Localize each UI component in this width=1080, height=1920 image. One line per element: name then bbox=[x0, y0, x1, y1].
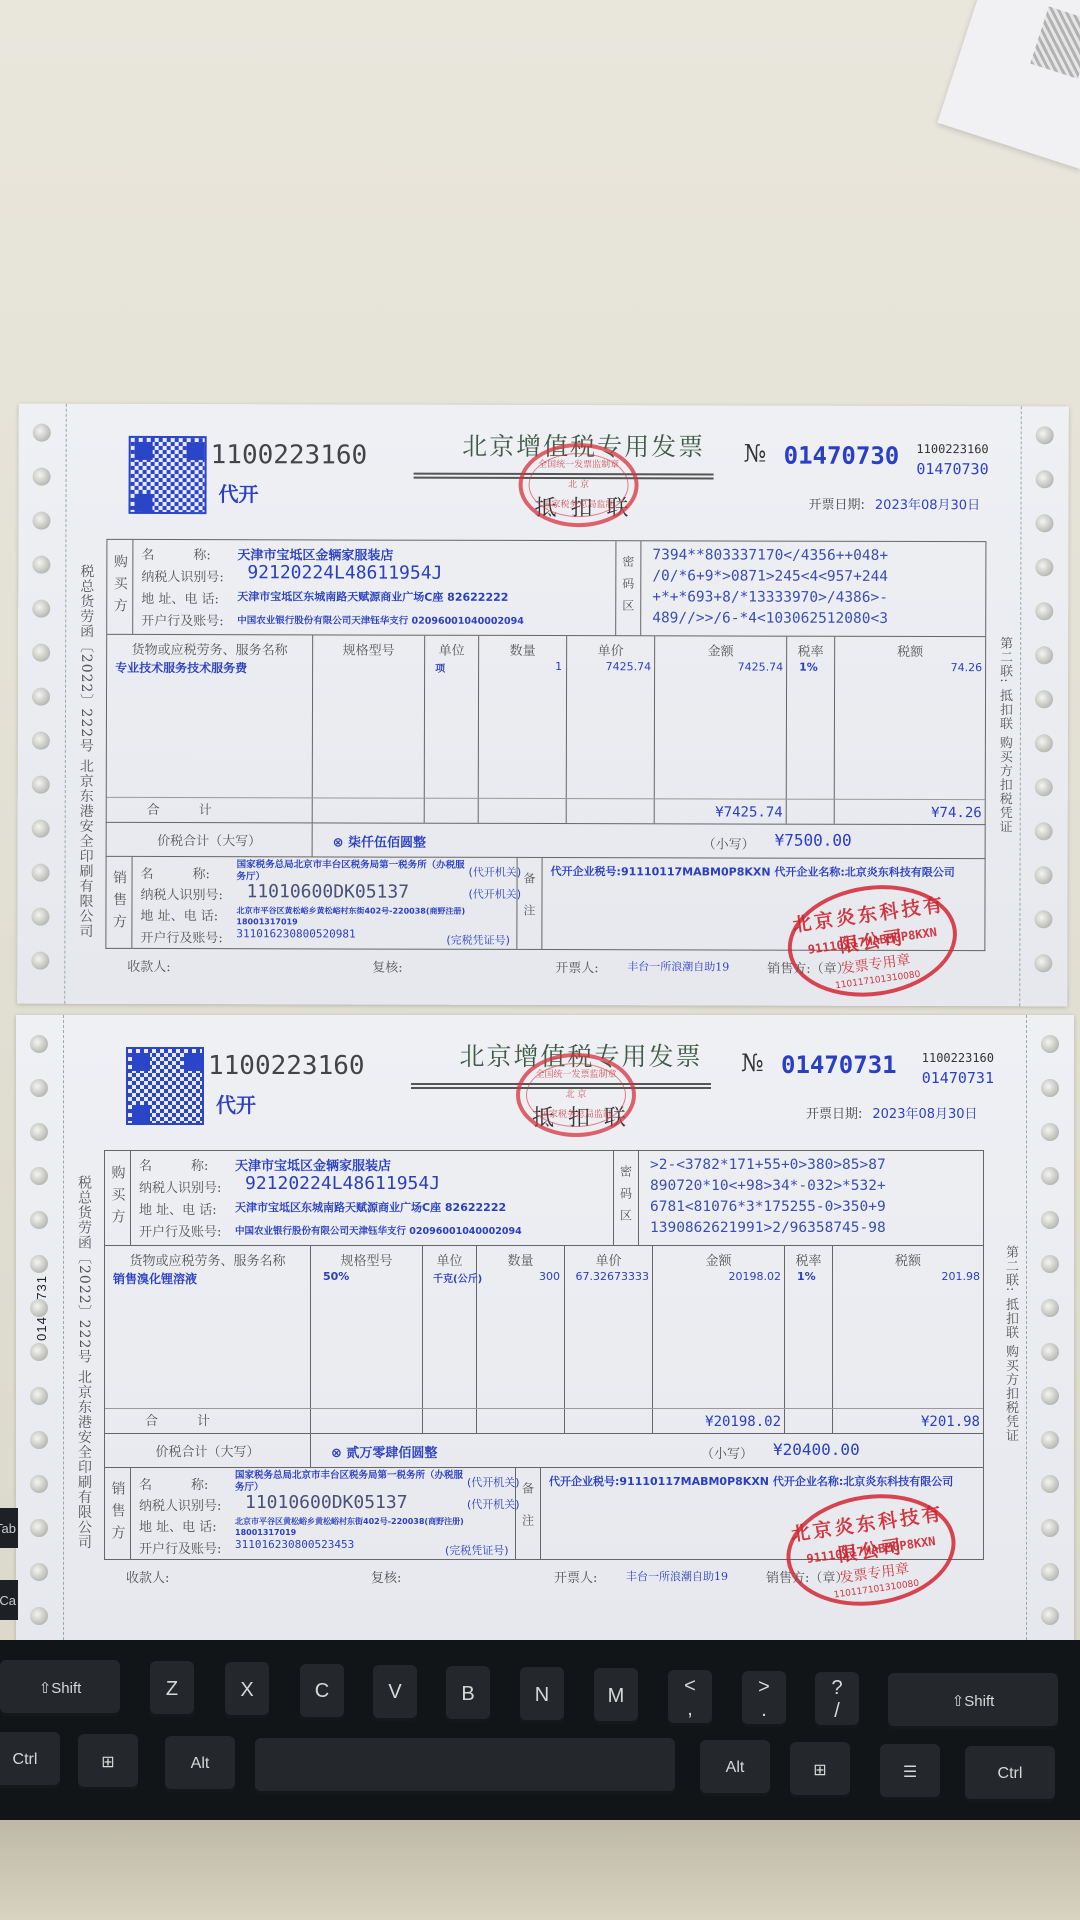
tractor-hole bbox=[32, 512, 50, 530]
tractor-hole bbox=[32, 644, 50, 662]
tractor-hole bbox=[1041, 1519, 1059, 1537]
col-qty: 数量 300 bbox=[477, 1246, 565, 1433]
col-tax: 税额 201.98 ¥201.98 bbox=[833, 1246, 983, 1433]
text-label: 开票人: bbox=[555, 957, 598, 976]
text-label: 金额 bbox=[653, 1250, 784, 1269]
total-in-figures: ¥7500.00 bbox=[775, 831, 852, 850]
cipher-text: >2-<3782*171+55+0>380>85>87890720*10<+98… bbox=[650, 1155, 886, 1239]
tractor-hole bbox=[30, 1123, 48, 1141]
qr-code bbox=[128, 436, 206, 514]
tractor-hole bbox=[30, 1035, 48, 1053]
invoice-code: 1100223160 bbox=[211, 440, 368, 470]
item-amount: 20198.02 bbox=[729, 1270, 782, 1283]
text-label: 北 京 bbox=[523, 477, 635, 490]
key[interactable]: Ctrl bbox=[965, 1746, 1055, 1802]
tractor-hole bbox=[1041, 1035, 1059, 1053]
col-spec: 规格型号 bbox=[313, 635, 425, 822]
key[interactable]: ⇧Shift bbox=[888, 1673, 1058, 1729]
text-label: 890720*10<+98>34*-032>*532+ bbox=[650, 1176, 886, 1197]
cipher-label: 密码区 bbox=[615, 541, 641, 635]
key-tab: Tab bbox=[0, 1508, 18, 1548]
tractor-hole bbox=[31, 908, 49, 926]
tractor-hole bbox=[1041, 1255, 1059, 1273]
col-spec: 规格型号 50% bbox=[311, 1246, 423, 1433]
tractor-hole bbox=[1041, 1387, 1059, 1405]
subtotal-tax: ¥74.26 bbox=[931, 805, 982, 821]
key[interactable]: ⊞ bbox=[78, 1734, 138, 1790]
invoice-code: 1100223160 bbox=[208, 1051, 365, 1081]
text-label: 开票人: bbox=[554, 1567, 597, 1586]
col-rate: 税率 1% bbox=[787, 637, 835, 824]
seller-address: 北京市平谷区黄松峪乡黄松峪村东街402号-220038(商野注册) 180013… bbox=[235, 1516, 511, 1538]
invoice-code-small: 1100223160 bbox=[916, 442, 988, 456]
text-label: 规格型号 bbox=[311, 1250, 422, 1269]
invoice-header: 1100223160 代开 北京增值税专用发票 抵扣联 全国统一发票监制章北 京… bbox=[128, 432, 988, 534]
tractor-hole bbox=[1041, 1607, 1059, 1625]
qr-code-fragment bbox=[1030, 6, 1080, 79]
key[interactable]: Alt bbox=[165, 1736, 235, 1792]
tractor-hole bbox=[1041, 1563, 1059, 1581]
text-label: 价税合计（大写） bbox=[155, 1441, 259, 1460]
cipher-area: >2-<3782*171+55+0>380>85>87890720*10<+98… bbox=[650, 1151, 983, 1245]
key[interactable]: ⊞ bbox=[790, 1742, 850, 1798]
subtotal-label: 合 计 bbox=[145, 1410, 210, 1429]
tractor-hole bbox=[1035, 778, 1053, 796]
subtotal-amount: ¥7425.74 bbox=[715, 804, 782, 820]
supervision-seal: 全国统一发票监制章北 京国家税务总局监制 bbox=[518, 443, 638, 527]
text-label: 收款人: bbox=[127, 956, 170, 975]
invoice-01470731: 01470731 税总货劳函〔2022〕222号 北京东港安全印刷有限公司 第二… bbox=[16, 1015, 1074, 1655]
total-label: 价税合计（大写） bbox=[107, 823, 313, 857]
buyer-address: 天津市宝坻区东城南路天赋源商业广场C座 82622222 bbox=[237, 588, 508, 605]
buyer-name: 天津市宝坻区金辆家服装店 bbox=[237, 544, 393, 563]
key[interactable]: N bbox=[520, 1667, 564, 1723]
tractor-hole bbox=[30, 1431, 48, 1449]
text-label: (代开机关) bbox=[468, 886, 521, 902]
invoice-number-small: 01470731 bbox=[922, 1069, 994, 1087]
buyer-bank: 中国农业银行股份有限公司天津钰华支行 02096001040002094 bbox=[235, 1223, 522, 1237]
text-label: 复核: bbox=[372, 957, 402, 976]
drawer-name: 丰台一所浪潮自助19 bbox=[626, 1568, 728, 1584]
issue-type: 代开 bbox=[216, 1089, 256, 1118]
text-label: 税率 bbox=[787, 641, 834, 660]
text-label: 税额 bbox=[835, 641, 985, 660]
seller-name: 国家税务总局北京市丰台区税务局第一税务所（办税服务厅） bbox=[235, 1470, 465, 1494]
total-in-words: ⊗ 贰万零肆佰圆整 bbox=[331, 1442, 437, 1461]
text-label: 纳税人识别号: bbox=[140, 884, 222, 903]
text-label: 开户行及账号: bbox=[141, 610, 223, 629]
tractor-hole bbox=[30, 1563, 48, 1581]
col-price: 单价 67.32673333 bbox=[565, 1246, 653, 1433]
text-label: 名 称: bbox=[141, 544, 210, 563]
text-label: 全国统一发票监制章 bbox=[520, 1067, 632, 1080]
text-label: 开户行及账号: bbox=[140, 927, 222, 946]
copy-purpose-note: 第二联: 抵扣联 购买方扣税凭证 bbox=[994, 636, 1014, 956]
tractor-strip-left bbox=[16, 1015, 64, 1655]
text-label: （小写） bbox=[701, 1443, 753, 1462]
tractor-hole bbox=[32, 556, 50, 574]
text-label: >2-<3782*171+55+0>380>85>87 bbox=[650, 1155, 886, 1176]
text-label: 名 称: bbox=[139, 1155, 208, 1174]
tractor-hole bbox=[30, 1167, 48, 1185]
key[interactable]: C bbox=[300, 1664, 344, 1720]
tractor-hole bbox=[30, 1211, 48, 1229]
text-label: 纳税人识别号: bbox=[141, 566, 223, 585]
text-label: 2023年08月30日 bbox=[875, 498, 980, 513]
text-label: 单位 bbox=[425, 640, 478, 659]
subtotal-label: 合 计 bbox=[147, 799, 212, 818]
tractor-hole bbox=[31, 952, 49, 970]
text-label: 6781<81076*3*175255-0>350+9 bbox=[650, 1197, 886, 1218]
key[interactable]: > . bbox=[742, 1671, 786, 1727]
tractor-hole bbox=[30, 1387, 48, 1405]
item-tax: 74.26 bbox=[951, 661, 983, 674]
desk-surface bbox=[0, 1820, 1080, 1920]
item-price: 67.32673333 bbox=[576, 1270, 649, 1283]
tractor-hole bbox=[1036, 470, 1054, 488]
key[interactable]: B bbox=[446, 1666, 490, 1722]
text-label: 1390862621991>2/96358745-98 bbox=[650, 1218, 886, 1239]
tractor-hole bbox=[32, 864, 50, 882]
tractor-hole bbox=[1035, 602, 1053, 620]
key[interactable]: X bbox=[225, 1662, 269, 1718]
supervision-seal: 全国统一发票监制章北 京国家税务总局监制 bbox=[516, 1053, 636, 1137]
invoice-header: 1100223160 代开 北京增值税专用发票 抵扣联 全国统一发票监制章北 京… bbox=[126, 1043, 994, 1143]
text-label: （小写） bbox=[703, 833, 755, 852]
text-label: 税率 bbox=[785, 1250, 832, 1269]
text-label: 复核: bbox=[371, 1567, 401, 1586]
col-qty: 数量 1 bbox=[479, 636, 567, 823]
cipher-label: 密码区 bbox=[613, 1151, 639, 1245]
seller-name: 国家税务总局北京市丰台区税务局第一税务所（办税服务厅） bbox=[237, 859, 467, 884]
col-unit: 单位 千克(公斤) bbox=[423, 1246, 477, 1433]
item-amount: 7425.74 bbox=[738, 661, 784, 674]
total-in-figures: ¥20400.00 bbox=[773, 1440, 860, 1459]
seller-label: 销售方 bbox=[105, 1468, 131, 1559]
buyer-label: 购买方 bbox=[105, 1151, 131, 1245]
tractor-hole bbox=[30, 1519, 48, 1537]
issue-date: 开票日期:2023年08月30日 bbox=[809, 494, 981, 513]
tractor-hole bbox=[1041, 1431, 1059, 1449]
key-caps: Ca bbox=[0, 1580, 18, 1620]
number-sign: № bbox=[741, 1049, 764, 1077]
seller-address: 北京市平谷区黄松峪乡黄松峪村东街402号-220038(商野注册) 180013… bbox=[236, 905, 512, 928]
item-unit: 项 bbox=[435, 660, 445, 675]
remarks-label: 备注 bbox=[515, 1468, 541, 1559]
col-tax: 税额 74.26 ¥74.26 bbox=[835, 637, 985, 824]
total-row: 价税合计（大写） ⊗ 柒仟伍佰圆整 （小写） ¥7500.00 bbox=[106, 823, 986, 859]
invoice-code-small: 1100223160 bbox=[922, 1051, 994, 1065]
tractor-hole bbox=[32, 732, 50, 750]
text-label: 国家税务总局监制 bbox=[520, 1107, 632, 1120]
text-label: 开户行及账号: bbox=[139, 1221, 221, 1240]
remarks-label: 备注 bbox=[516, 858, 542, 949]
text-label: 收款人: bbox=[126, 1567, 169, 1586]
text-label: 销售方:（章） bbox=[766, 1567, 848, 1586]
tractor-hole bbox=[1036, 426, 1054, 444]
key[interactable]: V bbox=[373, 1665, 417, 1721]
text-label: (代开机关) bbox=[467, 1496, 520, 1512]
subtotal-tax: ¥201.98 bbox=[921, 1414, 980, 1430]
text-label: /0/*6+9*>0871>245<4<957+244 bbox=[652, 566, 888, 588]
key[interactable]: < , bbox=[668, 1670, 712, 1726]
issue-type: 代开 bbox=[219, 478, 259, 507]
text-label: 规格型号 bbox=[313, 639, 424, 658]
text-label: (完税凭证号) bbox=[446, 932, 510, 948]
text-label: 7394**803337170</4356++048+ bbox=[652, 545, 888, 567]
text-label: 纳税人识别号: bbox=[139, 1495, 221, 1514]
tractor-hole bbox=[1035, 558, 1053, 576]
text-label: 单位 bbox=[423, 1250, 476, 1269]
key[interactable]: M bbox=[594, 1668, 638, 1724]
text-label: 价税合计（大写） bbox=[157, 830, 261, 849]
text-label: 2023年08月30日 bbox=[872, 1107, 977, 1122]
tractor-hole bbox=[33, 468, 51, 486]
tractor-strip-left bbox=[17, 404, 67, 1004]
number-sign: № bbox=[744, 440, 767, 468]
buyer-tax-id: 92120224L48611954J bbox=[245, 1173, 440, 1194]
remarks: 代开企业税号:91110117MABM0P8KXN 代开企业名称:北京炎东科技有… bbox=[549, 1474, 974, 1490]
key[interactable]: Ctrl bbox=[0, 1732, 60, 1788]
buyer-label: 购买方 bbox=[107, 540, 133, 634]
text-label: 地 址、电 话: bbox=[141, 588, 219, 607]
text-label: 国家税务总局监制 bbox=[523, 497, 635, 510]
key[interactable]: Alt bbox=[700, 1740, 770, 1796]
item-qty: 1 bbox=[555, 660, 562, 673]
items-table: 货物或应税劳务、服务名称 销售溴化锂溶液 合 计 规格型号 50% 单位 千克(… bbox=[104, 1246, 984, 1434]
keyboard: ⇧ShiftZXCVBNM< ,> .? /⇧ShiftCtrl⊞AltAlt⊞… bbox=[0, 1640, 1080, 1820]
seller-tax-id: 11010600DK05137 bbox=[246, 881, 409, 902]
tractor-hole bbox=[30, 1255, 48, 1273]
tractor-hole bbox=[32, 776, 50, 794]
invoice-number: 01470730 bbox=[784, 442, 900, 470]
text-label: 税额 bbox=[833, 1250, 983, 1269]
buyer-name: 天津市宝坻区金辆家服装店 bbox=[235, 1155, 391, 1174]
tractor-hole bbox=[30, 1475, 48, 1493]
item-unit: 千克(公斤) bbox=[433, 1270, 482, 1285]
item-rate: 1% bbox=[797, 1270, 816, 1283]
copy-purpose-note: 第二联: 抵扣联 购买方扣税凭证 bbox=[1001, 1245, 1020, 1565]
total-in-words: ⊗ 柒仟伍佰圆整 bbox=[333, 831, 426, 850]
text-label: 单价 bbox=[565, 1250, 652, 1269]
col-price: 单价 7425.74 bbox=[567, 636, 655, 823]
text-label: 货物或应税劳务、服务名称 bbox=[107, 639, 312, 659]
item-price: 7425.74 bbox=[606, 660, 652, 673]
item-qty: 300 bbox=[539, 1270, 560, 1283]
tractor-hole bbox=[32, 600, 50, 618]
total-row: 价税合计（大写） ⊗ 贰万零肆佰圆整 （小写） ¥20400.00 bbox=[104, 1434, 984, 1468]
tractor-hole bbox=[1041, 1079, 1059, 1097]
tractor-hole bbox=[1041, 1167, 1059, 1185]
item-name: 专业技术服务技术服务费 bbox=[115, 659, 247, 676]
tractor-hole bbox=[33, 424, 51, 442]
tractor-hole bbox=[1041, 1211, 1059, 1229]
col-name: 货物或应税劳务、服务名称 销售溴化锂溶液 合 计 bbox=[105, 1246, 311, 1433]
text-label: 地 址、电 话: bbox=[139, 1199, 217, 1218]
key-space[interactable] bbox=[255, 1738, 675, 1794]
text-label: 名 称: bbox=[139, 1474, 208, 1493]
text-label: 开票日期: bbox=[806, 1107, 862, 1122]
text-label: (代开机关) bbox=[467, 1474, 520, 1490]
text-label: 全国统一发票监制章 bbox=[523, 457, 635, 470]
cipher-text: 7394**803337170</4356++048+/0/*6+9*>0871… bbox=[652, 545, 888, 630]
tractor-hole bbox=[30, 1607, 48, 1625]
buyer-section: 购买方 名 称: 天津市宝坻区金辆家服装店 纳税人识别号: 92120224L4… bbox=[106, 539, 986, 637]
printer-note: 税总货劳函〔2022〕222号 北京东港安全印刷有限公司 bbox=[74, 1175, 94, 1615]
text-label: (完税凭证号) bbox=[445, 1542, 509, 1558]
text-label: 开票日期: bbox=[809, 498, 865, 513]
background-paper bbox=[937, 0, 1080, 169]
tractor-hole bbox=[1041, 1123, 1059, 1141]
tractor-hole bbox=[1035, 690, 1053, 708]
tractor-hole bbox=[1035, 514, 1053, 532]
cipher-area: 7394**803337170</4356++048+/0/*6+9*>0871… bbox=[652, 541, 985, 636]
buyer-address: 天津市宝坻区东城南路天赋源商业广场C座 82622222 bbox=[235, 1199, 506, 1215]
items-table: 货物或应税劳务、服务名称 专业技术服务技术服务费 合 计 规格型号 单位 项 数… bbox=[106, 635, 986, 825]
col-rate: 税率 1% bbox=[785, 1246, 833, 1433]
text-label: 单价 bbox=[567, 640, 654, 659]
col-amount: 金额 7425.74 ¥7425.74 bbox=[655, 636, 787, 823]
tractor-hole bbox=[1035, 734, 1053, 752]
buyer-tax-id: 92120224L48611954J bbox=[247, 562, 442, 584]
text-label: 销售方:（章） bbox=[767, 958, 849, 977]
text-label: 数量 bbox=[477, 1250, 564, 1269]
seller-bank: 311016230800523453 bbox=[235, 1538, 354, 1551]
key[interactable]: ☰ bbox=[880, 1744, 940, 1800]
total-label: 价税合计（大写） bbox=[105, 1434, 311, 1467]
text-label: (代开机关) bbox=[469, 864, 522, 880]
printer-note: 税总货劳函〔2022〕222号 北京东港安全印刷有限公司 bbox=[75, 564, 96, 1004]
text-label: 数量 bbox=[479, 640, 566, 659]
text-label: 纳税人识别号: bbox=[139, 1177, 221, 1196]
text-label: 金额 bbox=[655, 640, 786, 659]
text-label: +*+*693+8/*13333970>/4386>- bbox=[652, 587, 888, 609]
text-label: 名 称: bbox=[141, 863, 210, 882]
tractor-hole bbox=[1041, 1343, 1059, 1361]
item-rate: 1% bbox=[799, 661, 818, 674]
tractor-hole bbox=[1041, 1299, 1059, 1317]
col-name: 货物或应税劳务、服务名称 专业技术服务技术服务费 合 计 bbox=[107, 635, 313, 823]
seller-bank: 311016230800520981 bbox=[236, 927, 355, 940]
tractor-hole bbox=[30, 1079, 48, 1097]
tractor-hole bbox=[1041, 1475, 1059, 1493]
text-label: 489//>>/6-*4<103062512080<3 bbox=[652, 608, 888, 630]
invoice-number: 01470731 bbox=[781, 1051, 897, 1079]
tractor-hole bbox=[1034, 910, 1052, 928]
tractor-hole bbox=[30, 1343, 48, 1361]
col-unit: 单位 项 bbox=[425, 636, 479, 823]
item-tax: 201.98 bbox=[942, 1270, 981, 1283]
key[interactable]: ⇧Shift bbox=[0, 1660, 120, 1716]
tractor-strip-right bbox=[1026, 1015, 1074, 1655]
tractor-hole bbox=[1035, 646, 1053, 664]
invoice-number-small: 01470730 bbox=[916, 460, 988, 478]
tractor-hole bbox=[32, 688, 50, 706]
tractor-strip-right bbox=[1019, 406, 1069, 1006]
drawer-name: 丰台一所浪潮自助19 bbox=[627, 958, 729, 974]
key[interactable]: Z bbox=[150, 1661, 194, 1717]
key[interactable]: ? / bbox=[815, 1672, 859, 1728]
tractor-hole bbox=[32, 820, 50, 838]
seller-tax-id: 11010600DK05137 bbox=[245, 1492, 408, 1513]
tractor-hole bbox=[1035, 822, 1053, 840]
buyer-bank: 中国农业银行股份有限公司天津钰华支行 02096001040002094 bbox=[237, 612, 524, 627]
text-label: 北 京 bbox=[520, 1087, 632, 1100]
item-name: 销售溴化锂溶液 bbox=[113, 1270, 197, 1287]
text-label: 开户行及账号: bbox=[139, 1538, 221, 1557]
tractor-hole bbox=[1035, 866, 1053, 884]
remarks: 代开企业税号:91110117MABM0P8KXN 代开企业名称:北京炎东科技有… bbox=[551, 864, 976, 881]
tractor-hole bbox=[30, 1299, 48, 1317]
col-amount: 金额 20198.02 ¥20198.02 bbox=[653, 1246, 785, 1433]
qr-code bbox=[126, 1047, 204, 1125]
issue-date: 开票日期:2023年08月30日 bbox=[806, 1103, 978, 1122]
buyer-section: 购买方 名 称: 天津市宝坻区金辆家服装店 纳税人识别号: 92120224L4… bbox=[104, 1150, 984, 1246]
text-label: 地 址、电 话: bbox=[140, 905, 218, 924]
tractor-hole bbox=[1034, 954, 1052, 972]
item-spec: 50% bbox=[323, 1270, 349, 1283]
seller-label: 销售方 bbox=[106, 857, 132, 948]
subtotal-amount: ¥20198.02 bbox=[705, 1414, 781, 1430]
invoice-01470730: 税总货劳函〔2022〕222号 北京东港安全印刷有限公司 第二联: 抵扣联 购买… bbox=[17, 404, 1069, 1007]
text-label: 地 址、电 话: bbox=[139, 1516, 217, 1535]
text-label: 货物或应税劳务、服务名称 bbox=[105, 1250, 310, 1269]
